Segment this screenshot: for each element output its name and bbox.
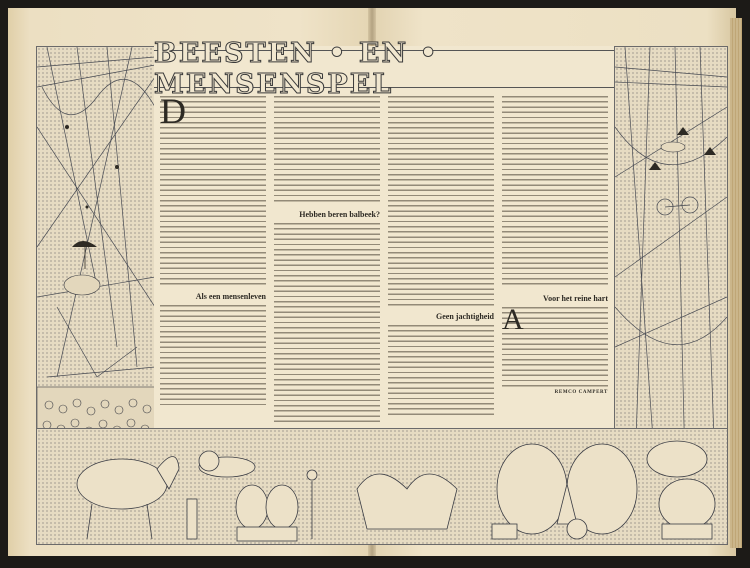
page-edges <box>730 18 742 548</box>
section-heading: Als een mensenleven <box>160 292 266 301</box>
body-text <box>388 96 494 306</box>
body-text <box>388 325 494 415</box>
masthead: BEESTEN • EN • MENSENSPEL <box>154 50 614 88</box>
magazine-spread: BEESTEN • EN • MENSENSPEL D Als een mens… <box>8 8 736 556</box>
left-circus-illustration <box>36 46 156 468</box>
body-text <box>274 96 380 204</box>
section-heading: Voor het reine hart <box>502 294 608 303</box>
rigging-icon <box>37 47 155 467</box>
column-4: Voor het reine hart A REMCO CAMPERT <box>502 96 608 422</box>
trapeze-icon <box>615 47 727 467</box>
body-text <box>274 223 380 422</box>
section-heading: Hebben beren balbeek? <box>274 210 380 219</box>
bottom-circus-frieze <box>36 428 728 545</box>
article-title: BEESTEN • EN • MENSENSPEL <box>154 38 614 100</box>
dropcap: D <box>160 96 186 126</box>
circus-animals-icon <box>37 429 727 544</box>
body-text <box>502 96 608 288</box>
column-2: Hebben beren balbeek? <box>274 96 380 422</box>
dropcap: A <box>502 307 524 333</box>
article-columns: D Als een mensenleven Hebben beren balbe… <box>160 96 608 422</box>
article: BEESTEN • EN • MENSENSPEL D Als een mens… <box>154 46 614 428</box>
right-circus-illustration <box>614 46 728 468</box>
byline: REMCO CAMPERT <box>502 390 608 395</box>
column-3: Geen jachtigheid <box>388 96 494 422</box>
section-heading: Geen jachtigheid <box>388 312 494 321</box>
body-text <box>160 305 266 405</box>
column-1: D Als een mensenleven <box>160 96 266 422</box>
